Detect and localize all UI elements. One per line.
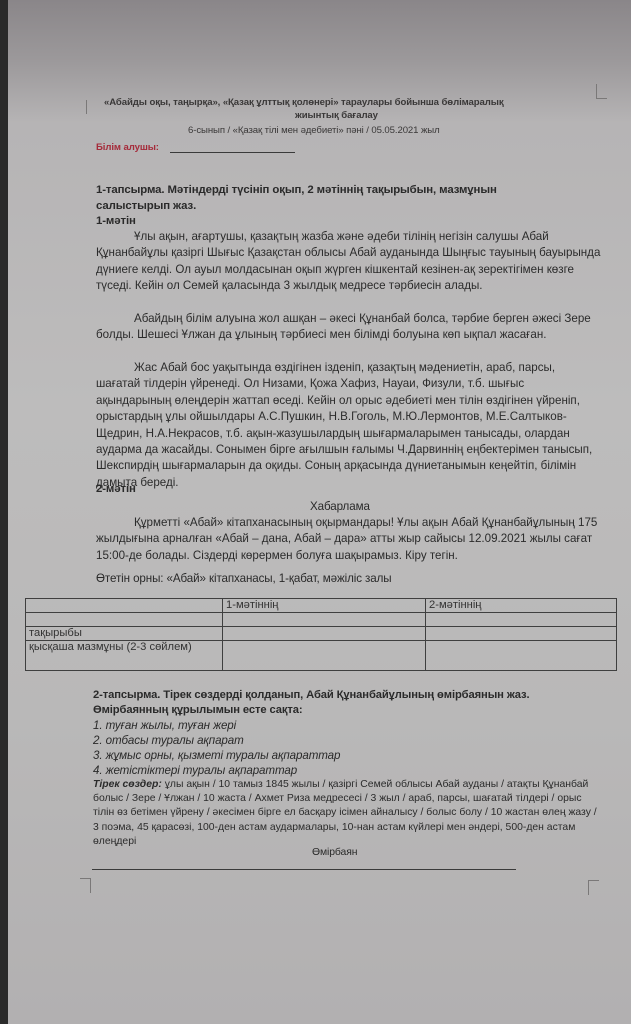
- table-cell[interactable]: [426, 627, 617, 641]
- page-corner-mark: [86, 100, 101, 114]
- student-label: Білім алушы:: [96, 142, 159, 153]
- paragraph-text: Ұлы ақын, ағартушы, қазақтың жазба және …: [96, 230, 600, 292]
- table-cell: тақырыбы: [26, 627, 223, 641]
- paragraph-text: Жас Абай бос уақытында өздігінен ізденіп…: [96, 361, 592, 489]
- task2-heading-line1: 2-тапсырма. Тірек сөздерді қолданып, Аба…: [93, 689, 530, 701]
- student-name-field[interactable]: [170, 152, 295, 153]
- comparison-table: 1-мәтіннің 2-мәтіннің тақырыбы қысқаша м…: [25, 598, 617, 671]
- text2-label: 2-мәтін: [96, 483, 136, 495]
- table-cell[interactable]: [223, 627, 426, 641]
- table-header-cell: [26, 599, 223, 613]
- keywords-label: Тірек сөздер:: [93, 779, 162, 790]
- table-cell[interactable]: [26, 613, 223, 627]
- task1-heading-line2: салыстырып жаз.: [96, 200, 196, 212]
- text2-paragraph: Құрметті «Абай» кітапханасының оқырманда…: [96, 515, 601, 564]
- text2-location: Өтетін орны: «Абай» кітапханасы, 1-қабат…: [96, 572, 392, 585]
- text1-label: 1-мәтін: [96, 215, 136, 227]
- task2-heading-line2: Өмірбаянның құрылымын есте сақта:: [93, 704, 303, 716]
- structure-item-4: 4. жетістіктері туралы ақпараттар: [93, 764, 297, 777]
- table-row: қысқаша мазмұны (2-3 сөйлем): [26, 641, 617, 671]
- paragraph-text: Құрметті «Абай» кітапханасының оқырманда…: [96, 516, 597, 562]
- structure-item-1: 1. туған жылы, туған жері: [93, 719, 236, 732]
- page-corner-mark: [596, 84, 607, 99]
- answer-title: Өмірбаян: [312, 847, 357, 858]
- page-corner-mark: [80, 878, 91, 893]
- page-corner-mark: [588, 880, 599, 895]
- table-row: тақырыбы: [26, 627, 617, 641]
- answer-line[interactable]: [92, 869, 516, 870]
- table-cell[interactable]: [426, 613, 617, 627]
- table-header-cell: 1-мәтіннің: [223, 599, 426, 613]
- text1-paragraph-1: Ұлы ақын, ағартушы, қазақтың жазба және …: [96, 229, 601, 295]
- table-cell[interactable]: [223, 613, 426, 627]
- table-header-cell: 2-мәтіннің: [426, 599, 617, 613]
- structure-item-2: 2. отбасы туралы ақпарат: [93, 734, 244, 747]
- table-cell[interactable]: [223, 641, 426, 671]
- document-title-line1: «Абайды оқы, таңырқа», «Қазақ ұлттық қол…: [104, 97, 504, 108]
- task1-heading-line1: 1-тапсырма. Мәтіндерді түсініп оқып, 2 м…: [96, 184, 497, 196]
- keywords-block: Тірек сөздер: ұлы ақын / 10 тамыз 1845 ж…: [93, 778, 605, 849]
- table-cell[interactable]: [426, 641, 617, 671]
- table-cell: қысқаша мазмұны (2-3 сөйлем): [26, 641, 223, 671]
- text2-title: Хабарлама: [310, 500, 370, 513]
- text1-paragraph-2: Абайдың білім алуына жол ашқан – әкесі Қ…: [96, 311, 601, 344]
- table-header-row: 1-мәтіннің 2-мәтіннің: [26, 599, 617, 613]
- paragraph-text: Абайдың білім алуына жол ашқан – әкесі Қ…: [96, 312, 591, 341]
- table-row: [26, 613, 617, 627]
- document-title-line2: жиынтық бағалау: [295, 110, 378, 121]
- text1-paragraph-3: Жас Абай бос уақытында өздігінен ізденіп…: [96, 360, 601, 491]
- structure-item-3: 3. жұмыс орны, қызметі туралы ақпараттар: [93, 749, 340, 762]
- document-subtitle: 6-сынып / «Қазақ тілі мен әдебиеті» пәні…: [188, 125, 440, 136]
- keywords-text: ұлы ақын / 10 тамыз 1845 жылы / қазіргі …: [93, 779, 597, 847]
